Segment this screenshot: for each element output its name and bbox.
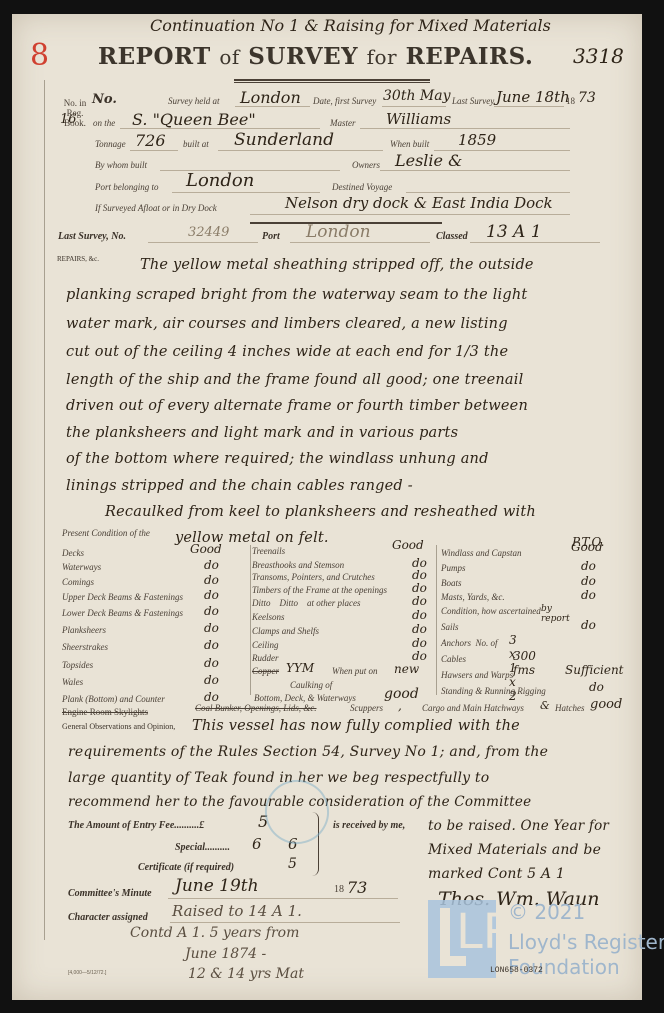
row-label: Decks [62, 548, 84, 558]
condition-row: Sheerstrakesdo [62, 642, 245, 652]
observation-line: large quantity of Teak found in her we b… [68, 770, 489, 786]
row-label: Transoms, Pointers, and Crutches [252, 572, 375, 582]
row-label: Anchors No. of [441, 638, 498, 648]
row-label: Waterways [62, 562, 101, 572]
row-value: do [204, 638, 219, 652]
repairs-line: driven out of every alternate frame or f… [66, 398, 528, 414]
condition-row: Masts, Yards, &c.do [441, 592, 505, 602]
condition-row: Ceilingdo [252, 640, 279, 650]
character-label: Character assigned [68, 912, 148, 923]
row-label: Caulking of [290, 680, 332, 690]
tonnage-value: 726 [135, 131, 166, 150]
condition-row: DecksGood [62, 548, 245, 558]
row-label: Comings [62, 577, 94, 587]
condition-row: Condition, how ascertainedby report [441, 606, 541, 616]
survey-held-value: London [240, 88, 301, 107]
condition-row: Rudderdo [252, 653, 279, 663]
condition-row: Clamps and Shelfsdo [252, 626, 319, 636]
repairs-line: planking scraped bright from the waterwa… [66, 287, 527, 303]
margin-line [44, 80, 45, 940]
title-word: REPAIRS. [406, 43, 534, 70]
owners-label: Owners [352, 160, 380, 170]
port-label: Port belonging to [95, 182, 159, 192]
cargo-hatchways-value: & [540, 699, 550, 712]
special-fee-value-1: 6 [252, 835, 262, 853]
received-label: is received by me, [333, 820, 405, 831]
row-value: do [204, 690, 219, 704]
master-value: Williams [386, 110, 451, 128]
row-value: do [412, 636, 427, 650]
condition-row: Cables300 fms [441, 654, 466, 664]
row-value: Sufficient [565, 663, 624, 677]
committee-year-suffix: 73 [347, 878, 367, 897]
owners-value: Leslie & [395, 151, 462, 170]
last-survey-value: June 18th [496, 88, 570, 106]
row-value: do [204, 673, 219, 687]
row-label: Sheerstrakes [62, 642, 108, 652]
committee-date: June 19th [175, 876, 259, 896]
row-value: do [581, 618, 596, 632]
year-suffix: 73 [578, 90, 596, 106]
surveyed-value: Nelson dry dock & East India Dock [285, 194, 553, 212]
row-label: Upper Deck Beams & Fastenings [62, 592, 183, 602]
observation-line: marked Cont 5 A 1 [428, 866, 565, 882]
row-value: by report [541, 604, 570, 624]
row-label: Cables [441, 654, 466, 664]
row-label: Condition, how ascertained [441, 606, 541, 616]
committee-minute-label: Committee's Minute [68, 888, 152, 899]
condition-row: Topsidesdo [62, 660, 245, 670]
by-whom-built-label: By whom built [95, 160, 147, 170]
condition-row: Upper Deck Beams & Fasteningsdo [62, 592, 245, 602]
repairs-line: cut out of the ceiling 4 inches wide at … [66, 344, 508, 360]
last-port-value: London [306, 222, 371, 242]
row-value: do [204, 588, 219, 602]
row-label: Rudder [252, 653, 279, 663]
classed-value: 13 A 1 [486, 222, 542, 242]
row-label: Pumps [441, 563, 466, 573]
row-label: Breasthooks and Stemson [252, 560, 344, 570]
first-survey-value: 30th May [383, 88, 451, 104]
last-survey-no-value: 32449 [188, 225, 229, 240]
condition-row: Breasthooks and Stemsondo [252, 560, 344, 570]
repairs-line: length of the ship and the frame found a… [66, 372, 523, 388]
observation-line: This vessel has now fully complied with … [192, 718, 520, 734]
certificate-fee-value: 5 [288, 856, 297, 872]
caulking-label: Caulking of [290, 680, 332, 690]
row-value: 300 fms [513, 649, 536, 677]
condition-row: Comingsdo [62, 577, 245, 587]
condition-row: Timbers of the Frame at the openingsdo [252, 585, 387, 595]
copper-when-value: new [394, 662, 419, 676]
title-rule [234, 79, 430, 83]
condition-row: Standing & Running Riggingdo [441, 686, 546, 696]
row-label: Boats [441, 578, 462, 588]
condition-row: Anchors No. of3 x 1 x 2 [441, 638, 498, 648]
character-line: Contd A 1. 5 years from [130, 925, 299, 941]
row-label: Sails [441, 622, 459, 632]
row-label: Keelsons [252, 612, 285, 622]
special-fee-label: Special.......... [175, 842, 230, 853]
row-value: Good [392, 538, 424, 552]
observation-line: Mixed Materials and be [428, 842, 601, 858]
header-note: Continuation No 1 & Raising for Mixed Ma… [150, 16, 551, 35]
copper-when-label: When put on [332, 666, 378, 676]
row-label: Plank (Bottom) and Counter [62, 694, 165, 704]
row-label: Ceiling [252, 640, 279, 650]
row-value: do [581, 588, 596, 602]
repairs-label: REPAIRS, &c. [57, 255, 99, 263]
year-prefix: 18 [566, 96, 575, 106]
archive-id: LON658-0372 [490, 966, 543, 975]
destined-voyage-label: Destined Voyage [332, 182, 392, 192]
built-at-value: Sunderland [234, 130, 334, 150]
observation-line: to be raised. One Year for [428, 818, 609, 834]
copper-row: Copper YYM When put on new [252, 666, 279, 676]
row-label: Wales [62, 677, 83, 687]
row-label: Lower Deck Beams & Fastenings [62, 608, 183, 618]
watermark-org-line1: Lloyd's Register [508, 930, 664, 954]
row-value: do [412, 568, 427, 582]
repairs-line: the planksheers and light mark and in va… [66, 425, 458, 441]
row-value: do [204, 621, 219, 635]
character-line: June 1874 - [185, 946, 266, 962]
port-value: London [186, 170, 254, 191]
repairs-line: Recaulked from keel to planksheers and r… [105, 504, 536, 520]
title-word: SURVEY [248, 43, 358, 70]
row-label: Planksheers [62, 625, 106, 635]
first-survey-label: Date, first Survey [313, 96, 376, 106]
tonnage-label: Tonnage [95, 139, 126, 149]
built-at-label: built at [183, 139, 209, 149]
reg-book-value: 16 [60, 112, 77, 127]
observations-label: General Observations and Opinion, [62, 722, 175, 731]
report-number: 3318 [573, 44, 624, 68]
margin-mark: 8 [30, 38, 49, 73]
condition-row: TreenailsGood [252, 546, 285, 556]
row-label: Timbers of the Frame at the openings [252, 585, 387, 595]
master-label: Master [330, 118, 356, 128]
condition-row: Transoms, Pointers, and Crutchesdo [252, 572, 375, 582]
row-value: Good [190, 542, 222, 556]
repairs-line: The yellow metal sheathing stripped off,… [140, 257, 534, 273]
condition-row: Lower Deck Beams & Fasteningsdo [62, 608, 245, 618]
caulking-row: Bottom, Deck, & Waterwaysgood [254, 693, 356, 703]
page-title: REPORT of SURVEY for REPAIRS. [98, 43, 533, 70]
row-label: Clamps and Shelfs [252, 626, 319, 636]
row-value: do [204, 604, 219, 618]
character-line: 12 & 14 yrs Mat [188, 966, 304, 982]
form-code: [4,000—5/12/72.] [68, 970, 106, 976]
condition-row: Hawsers and WarpsSufficient [441, 670, 513, 680]
row-label: Topsides [62, 660, 93, 670]
row-value: do [204, 573, 219, 587]
condition-row: Keelsonsdo [252, 612, 285, 622]
watermark-copyright: © 2021 [508, 900, 585, 924]
copper-value: YYM [286, 661, 314, 675]
row-label: Hawsers and Warps [441, 670, 513, 680]
repairs-line: linings stripped and the chain cables ra… [66, 478, 413, 494]
condition-row: Ditto Ditto at other placesdo [252, 598, 361, 608]
vessel-name: S. "Queen Bee" [132, 110, 256, 129]
condition-row: Planksheersdo [62, 625, 245, 635]
condition-heading: Present Condition of the [62, 528, 150, 538]
survey-held-label: Survey held at [168, 96, 219, 106]
hatches-value: good [590, 697, 622, 712]
no-label: No. [92, 92, 117, 107]
when-built-value: 1859 [458, 131, 496, 149]
copper-label: Copper [252, 666, 279, 676]
scuppers-label: Scuppers [350, 703, 383, 713]
row-value: Good [571, 540, 603, 554]
row-value: do [412, 622, 427, 636]
surveyed-label: If Surveyed Afloat or in Dry Dock [95, 203, 217, 213]
on-the-label: on the [93, 118, 115, 128]
row-label: Treenails [252, 546, 285, 556]
repairs-line: water mark, air courses and limbers clea… [66, 316, 508, 332]
committee-year-prefix: 18 [334, 884, 344, 895]
observation-line: requirements of the Rules Section 54, Su… [68, 744, 548, 760]
condition-row: Boatsdo [441, 578, 462, 588]
classed-label: Classed [436, 231, 468, 242]
certificate-fee-label: Certificate (if required) [138, 862, 234, 873]
character-line: Raised to 14 A 1. [172, 902, 302, 920]
column-divider [250, 545, 251, 695]
column-divider [436, 545, 437, 695]
row-value: do [412, 608, 427, 622]
row-value: do [204, 558, 219, 572]
title-word: of [219, 45, 239, 69]
condition-row: Pumpsdo [441, 563, 466, 573]
hatches-label: Hatches [555, 703, 585, 713]
title-word: REPORT [98, 43, 211, 70]
engine-room-label: Engine Room Skylights [62, 707, 148, 717]
cargo-hatchways-label: Cargo and Main Hatchways [422, 703, 524, 713]
row-label: Standing & Running Rigging [441, 686, 546, 696]
condition-row: Sailsdo [441, 622, 459, 632]
last-survey-no-label: Last Survey, No. [58, 231, 126, 242]
row-value: do [581, 574, 596, 588]
scuppers-value: , [398, 699, 402, 713]
last-port-label: Port [262, 231, 280, 242]
title-word: for [367, 45, 398, 69]
repairs-line: of the bottom where required; the windla… [66, 451, 489, 467]
condition-row: Walesdo [62, 677, 245, 687]
condition-row: Windlass and CapstanGood [441, 548, 522, 558]
row-label: Windlass and Capstan [441, 548, 522, 558]
last-survey-label: Last Survey [452, 96, 494, 106]
entry-fee-label: The Amount of Entry Fee..........£ [68, 820, 204, 831]
condition-row: Waterwaysdo [62, 562, 245, 572]
coal-bunker-label: Coal Bunker, Openings, Lids, &c. [195, 703, 317, 713]
row-value: do [581, 559, 596, 573]
when-built-label: When built [390, 139, 429, 149]
row-value: do [412, 594, 427, 608]
row-value: do [589, 680, 604, 694]
row-label: Masts, Yards, &c. [441, 592, 505, 602]
row-label: Bottom, Deck, & Waterways [254, 693, 356, 703]
row-label: Ditto Ditto at other places [252, 598, 361, 608]
row-value: do [204, 656, 219, 670]
row-value: do [412, 649, 427, 663]
lr-logo: LR [428, 900, 496, 978]
row-value: do [412, 581, 427, 595]
